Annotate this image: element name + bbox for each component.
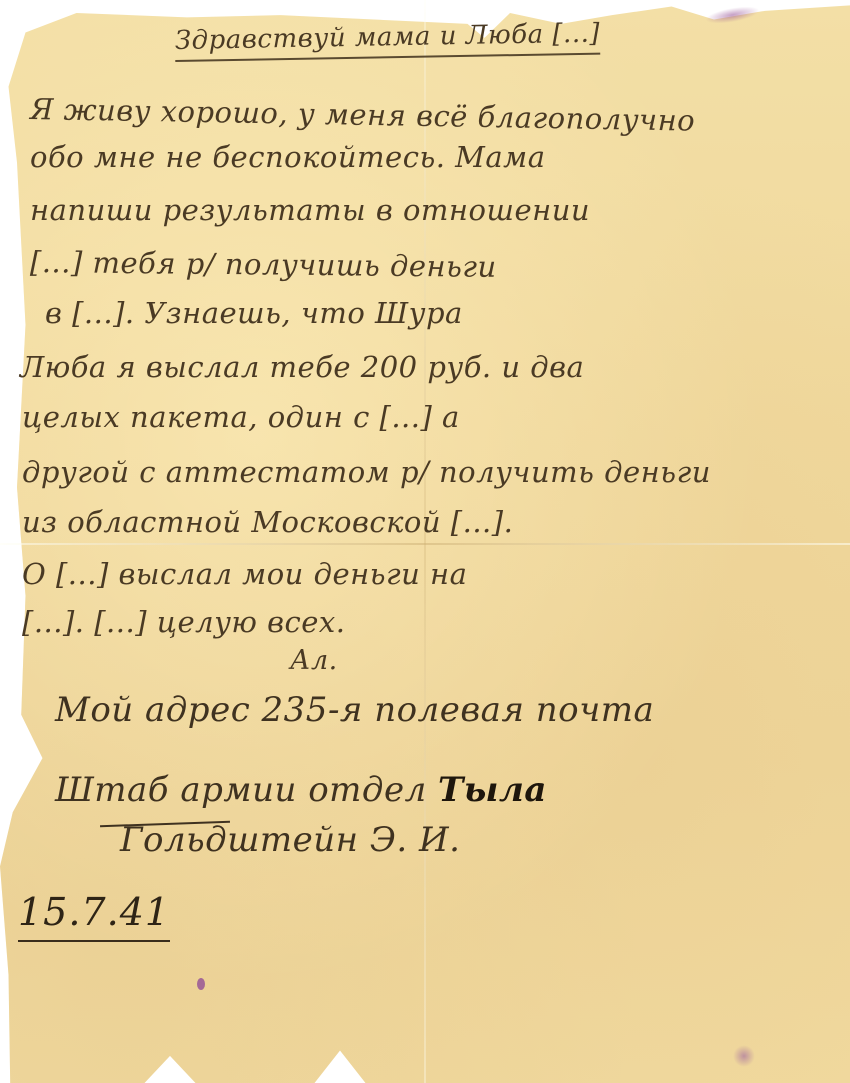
address-hq-text: Штаб армии отдел xyxy=(55,770,427,810)
letter-body-line: напиши результаты в отношении xyxy=(30,193,590,227)
letter-body-line: Люба я выслал тебе 200 руб. и два xyxy=(20,350,584,384)
address-line-hq: Штаб армии отдел Тыла xyxy=(55,770,547,810)
letter-body-line: целых пакета, один с [...] а xyxy=(22,400,460,434)
letter-date: 15.7.41 xyxy=(18,890,170,942)
address-line-field-post: Мой адрес 235-я полевая почта xyxy=(55,690,654,730)
letter-body-line: обо мне не беспокойтесь. Мама xyxy=(30,140,546,174)
address-bold-word: Тыла xyxy=(438,770,547,810)
letter-body-line: другой с аттестатом р/ получить деньги xyxy=(22,455,711,489)
letter-greeting: Здравствуй мама и Люба [...] xyxy=(175,19,601,62)
letter-body-line: из областной Московской [...]. xyxy=(22,505,513,539)
letter-body-line: О [...] выслал мои деньги на xyxy=(22,557,467,591)
letter-signature-short: Ал. xyxy=(290,645,338,676)
letter-body-line: [...] тебя р/ получишь деньги xyxy=(30,245,497,284)
letter-body-line: [...]. [...] целую всех. xyxy=(22,605,346,639)
letter-body-line: в [...]. Узнаешь, что Шура xyxy=(45,296,463,330)
ink-spot xyxy=(197,978,205,990)
address-line-name: Гольдштейн Э. И. xyxy=(120,820,460,860)
ink-stain-bottom xyxy=(733,1045,755,1067)
